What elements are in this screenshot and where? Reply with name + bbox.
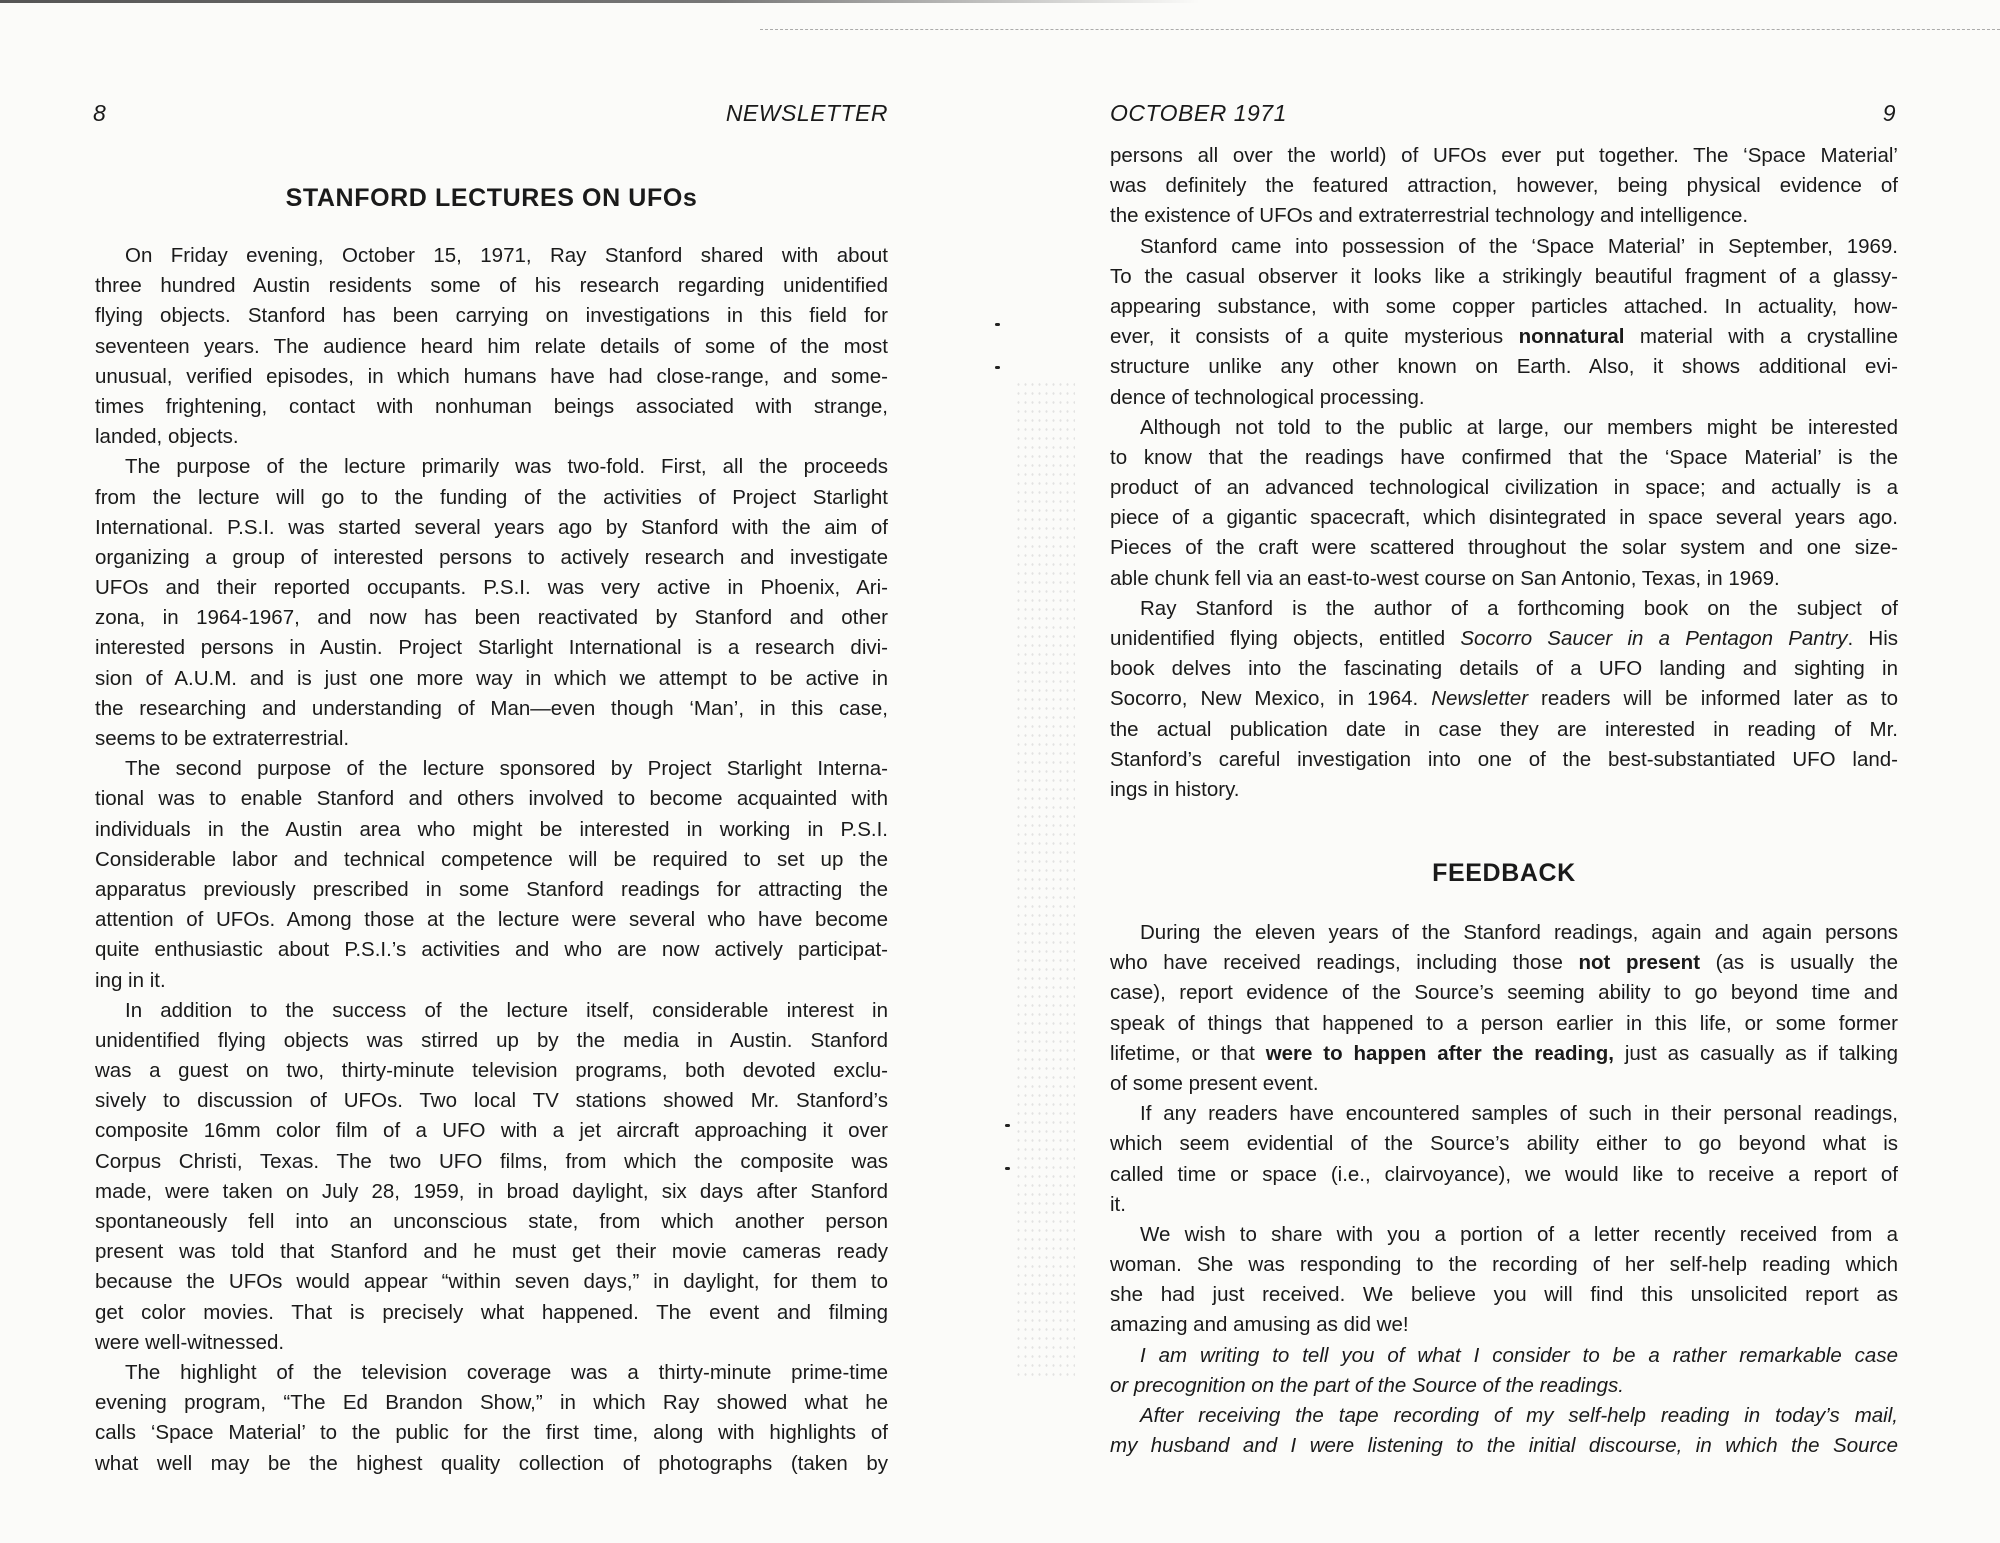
text-line: times frightening, contact with nonhuman…: [95, 392, 888, 422]
text-run: Stanford’s careful investigation into on…: [1110, 748, 1898, 771]
text-run: dence of technological processing.: [1110, 386, 1425, 409]
text-line: Considerable labor and technical compete…: [95, 845, 888, 875]
text-run: evening program, “The Ed Brandon Show,” …: [95, 1391, 888, 1414]
text-line: the existence of UFOs and extraterrestri…: [1110, 201, 1898, 231]
text-run: The second purpose of the lecture sponso…: [125, 757, 888, 780]
italic-title: Newsletter: [1431, 687, 1528, 710]
text-line: UFOs and their reported occupants. P.S.I…: [95, 573, 888, 603]
bold-emphasis: not present: [1579, 951, 1701, 974]
text-run: Socorro, New Mexico, in 1964.: [1110, 687, 1431, 710]
text-line: sion of A.U.M. and is just one more way …: [95, 664, 888, 694]
text-run: We wish to share with you a portion of a…: [1140, 1223, 1898, 1246]
scan-speck: [995, 323, 1000, 326]
text-line: We wish to share with you a portion of a…: [1110, 1220, 1898, 1250]
text-line: speak of things that happened to a perso…: [1110, 1009, 1898, 1039]
text-run: present was told that Stanford and he mu…: [95, 1240, 888, 1263]
text-line: If any readers have encountered samples …: [1110, 1099, 1898, 1129]
text-line: my husband and I were listening to the i…: [1110, 1431, 1898, 1461]
text-run: the actual publication date in case they…: [1110, 718, 1898, 741]
running-head: NEWSLETTER: [726, 100, 888, 126]
text-run: piece of a gigantic spacecraft, which di…: [1110, 506, 1898, 529]
text-line: because the UFOs would appear “within se…: [95, 1267, 888, 1297]
text-run: International. P.S.I. was started severa…: [95, 516, 888, 539]
text-line: seventeen years. The audience heard him …: [95, 332, 888, 362]
article-continuation: persons all over the world) of UFOs ever…: [1110, 141, 1898, 805]
text-line: dence of technological processing.: [1110, 383, 1898, 413]
text-run: I am writing to tell you of what I consi…: [1140, 1344, 1898, 1367]
text-run: The purpose of the lecture primarily was…: [125, 455, 888, 478]
text-run: sively to discussion of UFOs. Two local …: [95, 1089, 888, 1112]
text-run: seventeen years. The audience heard him …: [95, 335, 888, 358]
text-run: Although not told to the public at large…: [1140, 416, 1898, 439]
text-line: seems to be extraterrestrial.: [95, 724, 888, 754]
text-line: she had just received. We believe you wi…: [1110, 1280, 1898, 1310]
text-line: from the lecture will go to the funding …: [95, 483, 888, 513]
text-run: product of an advanced technological civ…: [1110, 476, 1898, 499]
text-run: she had just received. We believe you wi…: [1110, 1283, 1898, 1306]
text-line: spontaneously fell into an unconscious s…: [95, 1207, 888, 1237]
text-run: which seem evidential of the Source’s ab…: [1110, 1132, 1898, 1155]
text-run: readers will be informed later as to: [1528, 687, 1898, 710]
article-body: On Friday evening, October 15, 1971, Ray…: [95, 241, 888, 1479]
text-line: the actual publication date in case they…: [1110, 715, 1898, 745]
text-line: made, were taken on July 28, 1959, in br…: [95, 1177, 888, 1207]
bold-emphasis: were to happen after the reading,: [1266, 1042, 1614, 1065]
scan-edge-shadow: [0, 0, 1200, 3]
page-fold-line: [760, 29, 2000, 30]
text-line: was a guest on two, thirty-minute televi…: [95, 1056, 888, 1086]
text-run: interested persons in Austin. Project St…: [95, 636, 888, 659]
text-run: material with a crystalline: [1625, 325, 1899, 348]
text-run: just as casually as if talking: [1614, 1042, 1898, 1065]
text-run: landed, objects.: [95, 425, 239, 448]
scan-speck: [1005, 1124, 1010, 1127]
text-line: ing in it.: [95, 966, 888, 996]
article-title: STANFORD LECTURES ON UFOs: [95, 183, 888, 213]
text-run: because the UFOs would appear “within se…: [95, 1270, 888, 1293]
text-line: unidentified flying objects, entitled So…: [1110, 624, 1898, 654]
text-run: UFOs and their reported occupants. P.S.I…: [95, 576, 888, 599]
text-line: individuals in the Austin area who might…: [95, 815, 888, 845]
text-run: what well may be the highest quality col…: [95, 1452, 888, 1475]
text-run: of some present event.: [1110, 1072, 1319, 1095]
text-run: apparatus previously prescribed in some …: [95, 878, 888, 901]
text-run: On Friday evening, October 15, 1971, Ray…: [125, 244, 888, 267]
text-run: Ray Stanford is the author of a forthcom…: [1140, 597, 1898, 620]
text-run: or precognition on the part of the Sourc…: [1110, 1374, 1624, 1397]
text-run: get color movies. That is precisely what…: [95, 1301, 888, 1324]
text-run: sion of A.U.M. and is just one more way …: [95, 667, 888, 690]
page-number: 8: [93, 100, 106, 126]
text-line: book delves into the fascinating details…: [1110, 654, 1898, 684]
text-line: During the eleven years of the Stanford …: [1110, 918, 1898, 948]
section-title: FEEDBACK: [1110, 858, 1898, 888]
text-line: ings in history.: [1110, 775, 1898, 805]
text-line: the researching and understanding of Man…: [95, 694, 888, 724]
text-run: The highlight of the television coverage…: [125, 1361, 888, 1384]
text-line: sively to discussion of UFOs. Two local …: [95, 1086, 888, 1116]
text-line: were well-witnessed.: [95, 1328, 888, 1358]
text-line: was definitely the featured attraction, …: [1110, 171, 1898, 201]
text-line: unusual, verified episodes, in which hum…: [95, 362, 888, 392]
text-run: organizing a group of interested persons…: [95, 546, 888, 569]
text-run: book delves into the fascinating details…: [1110, 657, 1898, 680]
text-run: lifetime, or that: [1110, 1042, 1266, 1065]
text-line: of some present event.: [1110, 1069, 1898, 1099]
feedback-body: During the eleven years of the Stanford …: [1110, 918, 1898, 1461]
text-line: Ray Stanford is the author of a forthcom…: [1110, 594, 1898, 624]
text-run: from the lecture will go to the funding …: [95, 486, 888, 509]
text-line: evening program, “The Ed Brandon Show,” …: [95, 1388, 888, 1418]
text-run: ever, it consists of a quite mysterious: [1110, 325, 1519, 348]
text-run: woman. She was responding to the recordi…: [1110, 1253, 1898, 1276]
text-run: was a guest on two, thirty-minute televi…: [95, 1059, 888, 1082]
text-run: . His: [1847, 627, 1898, 650]
text-line: appearing substance, with some copper pa…: [1110, 292, 1898, 322]
text-run: individuals in the Austin area who might…: [95, 818, 888, 841]
text-line: Socorro, New Mexico, in 1964. Newsletter…: [1110, 684, 1898, 714]
gutter-scan-noise: [1015, 380, 1075, 1380]
text-line: The purpose of the lecture primarily was…: [95, 452, 888, 482]
text-run: Stanford came into possession of the ‘Sp…: [1140, 235, 1898, 258]
text-line: structure unlike any other known on Eart…: [1110, 352, 1898, 382]
running-head: OCTOBER 1971: [1110, 100, 1287, 126]
text-run: it.: [1110, 1193, 1126, 1216]
scan-speck: [995, 366, 1000, 369]
text-line: piece of a gigantic spacecraft, which di…: [1110, 503, 1898, 533]
text-run: To the casual observer it looks like a s…: [1110, 265, 1898, 288]
text-run: case), report evidence of the Source’s s…: [1110, 981, 1898, 1004]
text-line: persons all over the world) of UFOs ever…: [1110, 141, 1898, 171]
text-run: flying objects. Stanford has been carryi…: [95, 304, 888, 327]
text-line: calls ‘Space Material’ to the public for…: [95, 1418, 888, 1448]
text-line: apparatus previously prescribed in some …: [95, 875, 888, 905]
text-line: composite 16mm color film of a UFO with …: [95, 1116, 888, 1146]
text-line: unidentified flying objects was stirred …: [95, 1026, 888, 1056]
text-line: woman. She was responding to the recordi…: [1110, 1250, 1898, 1280]
text-line: it.: [1110, 1190, 1898, 1220]
text-run: If any readers have encountered samples …: [1140, 1102, 1898, 1125]
text-run: composite 16mm color film of a UFO with …: [95, 1119, 888, 1142]
text-line: ever, it consists of a quite mysterious …: [1110, 322, 1898, 352]
text-line: what well may be the highest quality col…: [95, 1449, 888, 1479]
text-line: In addition to the success of the lectur…: [95, 996, 888, 1026]
text-run: able chunk fell via an east-to-west cour…: [1110, 567, 1780, 590]
text-run: (as is usually the: [1700, 951, 1898, 974]
text-line: landed, objects.: [95, 422, 888, 452]
text-line: case), report evidence of the Source’s s…: [1110, 978, 1898, 1008]
text-run: amazing and amusing as did we!: [1110, 1313, 1409, 1336]
text-line: Although not told to the public at large…: [1110, 413, 1898, 443]
text-line: I am writing to tell you of what I consi…: [1110, 1341, 1898, 1371]
text-line: The highlight of the television coverage…: [95, 1358, 888, 1388]
text-line: to know that the readings have confirmed…: [1110, 443, 1898, 473]
text-run: unidentified flying objects was stirred …: [95, 1029, 888, 1052]
text-line: which seem evidential of the Source’s ab…: [1110, 1129, 1898, 1159]
text-line: To the casual observer it looks like a s…: [1110, 262, 1898, 292]
text-run: my husband and I were listening to the i…: [1110, 1434, 1898, 1457]
text-run: made, were taken on July 28, 1959, in br…: [95, 1180, 888, 1203]
text-line: amazing and amusing as did we!: [1110, 1310, 1898, 1340]
text-run: speak of things that happened to a perso…: [1110, 1012, 1898, 1035]
text-run: During the eleven years of the Stanford …: [1140, 921, 1898, 944]
text-line: Pieces of the craft were scattered throu…: [1110, 533, 1898, 563]
text-line: quite enthusiastic about P.S.I.’s activi…: [95, 935, 888, 965]
text-run: In addition to the success of the lectur…: [125, 999, 888, 1022]
text-run: Corpus Christi, Texas. The two UFO films…: [95, 1150, 888, 1173]
text-run: Considerable labor and technical compete…: [95, 848, 888, 871]
text-run: the researching and understanding of Man…: [95, 697, 888, 720]
text-run: times frightening, contact with nonhuman…: [95, 395, 888, 418]
text-run: ings in history.: [1110, 778, 1240, 801]
text-line: lifetime, or that were to happen after t…: [1110, 1039, 1898, 1069]
text-line: On Friday evening, October 15, 1971, Ray…: [95, 241, 888, 271]
italic-title: Socorro Saucer in a Pentagon Pantry: [1460, 627, 1847, 650]
text-line: The second purpose of the lecture sponso…: [95, 754, 888, 784]
text-line: interested persons in Austin. Project St…: [95, 633, 888, 663]
text-line: International. P.S.I. was started severa…: [95, 513, 888, 543]
text-line: flying objects. Stanford has been carryi…: [95, 301, 888, 331]
text-line: organizing a group of interested persons…: [95, 543, 888, 573]
text-line: Stanford came into possession of the ‘Sp…: [1110, 232, 1898, 262]
text-run: zona, in 1964-1967, and now has been rea…: [95, 606, 888, 629]
text-run: quite enthusiastic about P.S.I.’s activi…: [95, 938, 888, 961]
text-run: ing in it.: [95, 969, 166, 992]
text-run: structure unlike any other known on Eart…: [1110, 355, 1898, 378]
scan-speck: [1005, 1167, 1010, 1170]
text-line: Stanford’s careful investigation into on…: [1110, 745, 1898, 775]
bold-emphasis: nonnatural: [1519, 325, 1625, 348]
text-line: attention of UFOs. Among those at the le…: [95, 905, 888, 935]
text-line: Corpus Christi, Texas. The two UFO films…: [95, 1147, 888, 1177]
text-line: or precognition on the part of the Sourc…: [1110, 1371, 1898, 1401]
text-run: was definitely the featured attraction, …: [1110, 174, 1898, 197]
text-line: product of an advanced technological civ…: [1110, 473, 1898, 503]
text-run: calls ‘Space Material’ to the public for…: [95, 1421, 888, 1444]
text-line: get color movies. That is precisely what…: [95, 1298, 888, 1328]
text-run: unusual, verified episodes, in which hum…: [95, 365, 888, 388]
text-line: who have received readings, including th…: [1110, 948, 1898, 978]
text-line: present was told that Stanford and he mu…: [95, 1237, 888, 1267]
text-run: spontaneously fell into an unconscious s…: [95, 1210, 888, 1233]
text-line: three hundred Austin residents some of h…: [95, 271, 888, 301]
text-line: zona, in 1964-1967, and now has been rea…: [95, 603, 888, 633]
text-run: were well-witnessed.: [95, 1331, 284, 1354]
text-run: who have received readings, including th…: [1110, 951, 1579, 974]
text-run: called time or space (i.e., clairvoyance…: [1110, 1163, 1898, 1186]
text-run: unidentified flying objects, entitled: [1110, 627, 1460, 650]
text-run: After receiving the tape recording of my…: [1140, 1404, 1898, 1427]
text-line: able chunk fell via an east-to-west cour…: [1110, 564, 1898, 594]
text-run: three hundred Austin residents some of h…: [95, 274, 888, 297]
page-number: 9: [1883, 100, 1896, 126]
text-run: tional was to enable Stanford and others…: [95, 787, 888, 810]
text-line: called time or space (i.e., clairvoyance…: [1110, 1160, 1898, 1190]
text-run: attention of UFOs. Among those at the le…: [95, 908, 888, 931]
text-run: appearing substance, with some copper pa…: [1110, 295, 1898, 318]
text-run: to know that the readings have confirmed…: [1110, 446, 1898, 469]
text-run: Pieces of the craft were scattered throu…: [1110, 536, 1898, 559]
text-run: the existence of UFOs and extraterrestri…: [1110, 204, 1748, 227]
text-run: persons all over the world) of UFOs ever…: [1110, 144, 1898, 167]
text-line: After receiving the tape recording of my…: [1110, 1401, 1898, 1431]
text-run: seems to be extraterrestrial.: [95, 727, 349, 750]
text-line: tional was to enable Stanford and others…: [95, 784, 888, 814]
